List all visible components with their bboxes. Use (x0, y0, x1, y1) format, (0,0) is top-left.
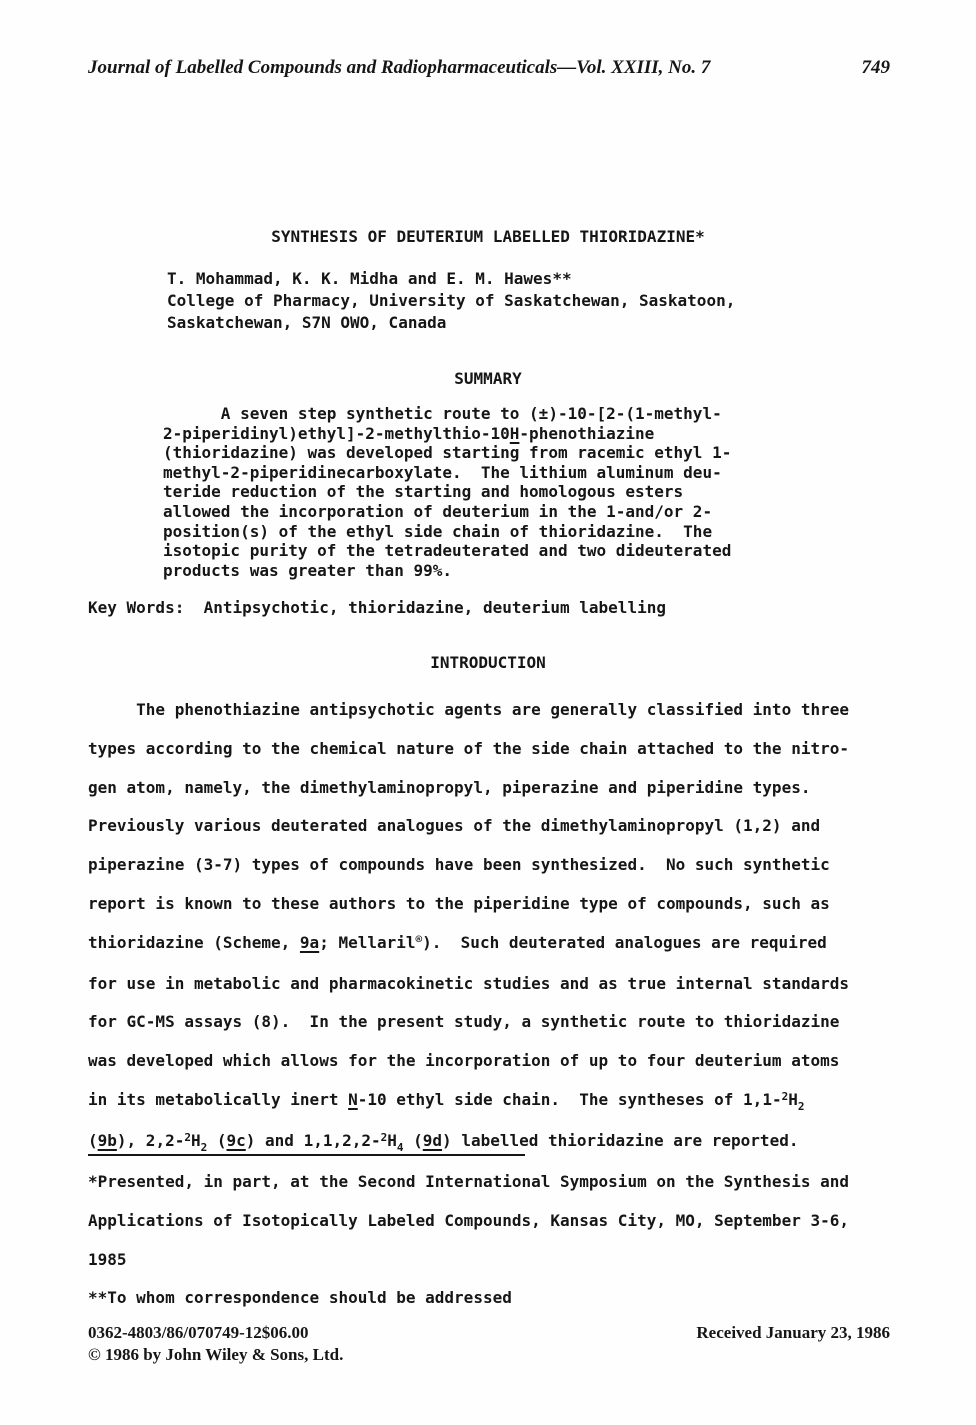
page-footer: 0362-4803/86/070749-12$06.00 © 1986 by J… (88, 1322, 890, 1366)
footnote-block: *Presented, in part, at the Second Inter… (88, 1163, 849, 1318)
footer-left: 0362-4803/86/070749-12$06.00 © 1986 by J… (88, 1322, 343, 1366)
text-line: **To whom correspondence should be addre… (88, 1279, 849, 1318)
text-line: methyl-2-piperidinecarboxylate. The lith… (163, 463, 731, 483)
text-line: for use in metabolic and pharmacokinetic… (88, 965, 849, 1004)
text-line: piperazine (3-7) types of compounds have… (88, 846, 849, 885)
text-line: 2-piperidinyl)ethyl]-2-methylthio-10H-ph… (163, 424, 731, 444)
introduction-body: The phenothiazine antipsychotic agents a… (88, 691, 849, 1163)
journal-page: Journal of Labelled Compounds and Radiop… (0, 0, 976, 1425)
text-line: (thioridazine) was developed starting fr… (163, 443, 731, 463)
running-header: Journal of Labelled Compounds and Radiop… (88, 57, 890, 79)
text-line: products was greater than 99%. (163, 561, 731, 581)
page-number: 749 (862, 57, 891, 79)
text-line: thioridazine (Scheme, 9a; Mellaril®). Su… (88, 924, 849, 965)
text-line: allowed the incorporation of deuterium i… (163, 502, 731, 522)
issn-price: 0362-4803/86/070749-12$06.00 (88, 1322, 343, 1344)
text-line: (9b), 2,2-2H2 (9c) and 1,1,2,2-2H4 (9d) … (88, 1122, 849, 1163)
text-line: was developed which allows for the incor… (88, 1042, 849, 1081)
text-line: The phenothiazine antipsychotic agents a… (88, 691, 849, 730)
copyright-line: © 1986 by John Wiley & Sons, Ltd. (88, 1344, 343, 1366)
text-line: gen atom, namely, the dimethylaminopropy… (88, 769, 849, 808)
text-line: report is known to these authors to the … (88, 885, 849, 924)
summary-heading: SUMMARY (88, 369, 888, 388)
text-line: for GC-MS assays (8). In the present stu… (88, 1003, 849, 1042)
article-title: SYNTHESIS OF DEUTERIUM LABELLED THIORIDA… (88, 227, 888, 246)
text-line: A seven step synthetic route to (±)-10-[… (163, 404, 731, 424)
text-line: *Presented, in part, at the Second Inter… (88, 1163, 849, 1202)
introduction-heading: INTRODUCTION (88, 653, 888, 672)
text-line: Applications of Isotopically Labeled Com… (88, 1202, 849, 1241)
text-line: in its metabolically inert N-10 ethyl si… (88, 1081, 849, 1122)
text-line: Saskatchewan, S7N OWO, Canada (167, 312, 735, 334)
text-line: College of Pharmacy, University of Saska… (167, 290, 735, 312)
journal-title: Journal of Labelled Compounds and Radiop… (88, 57, 710, 79)
text-line: 1985 (88, 1241, 849, 1280)
text-line: Previously various deuterated analogues … (88, 807, 849, 846)
summary-body: A seven step synthetic route to (±)-10-[… (163, 404, 731, 580)
footnote-separator (88, 1154, 525, 1156)
received-date: Received January 23, 1986 (696, 1322, 890, 1344)
text-line: teride reduction of the starting and hom… (163, 482, 731, 502)
text-line: position(s) of the ethyl side chain of t… (163, 522, 731, 542)
author-block: T. Mohammad, K. K. Midha and E. M. Hawes… (167, 268, 735, 333)
text-line: T. Mohammad, K. K. Midha and E. M. Hawes… (167, 268, 735, 290)
text-line: types according to the chemical nature o… (88, 730, 849, 769)
text-line: isotopic purity of the tetradeuterated a… (163, 541, 731, 561)
keywords-line: Key Words: Antipsychotic, thioridazine, … (88, 598, 666, 617)
